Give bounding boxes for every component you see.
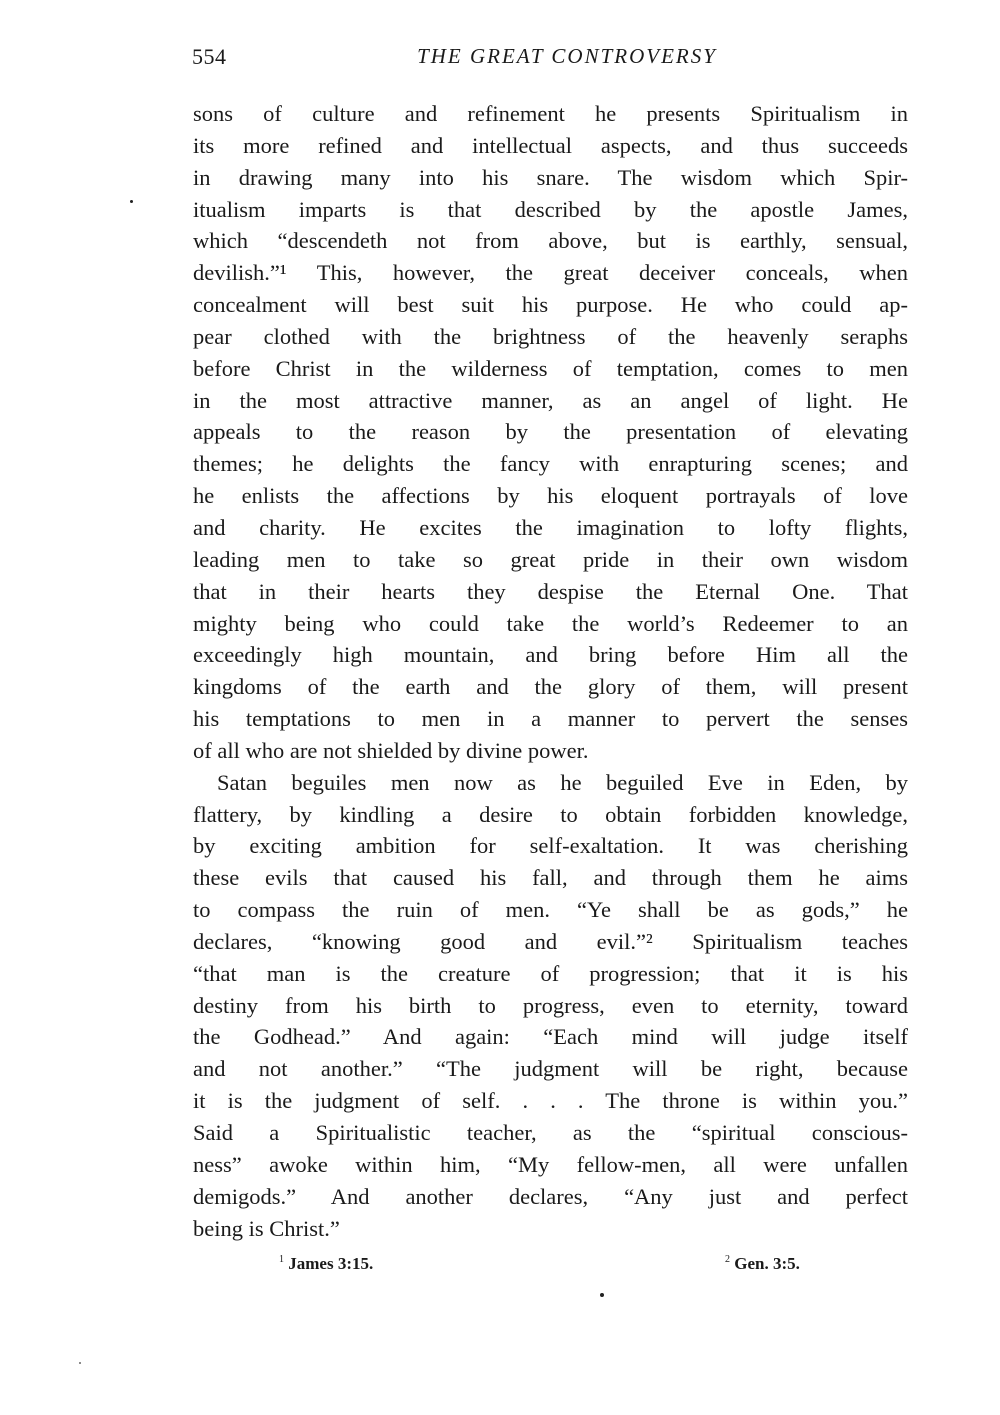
footnote-text: James 3:15. xyxy=(288,1254,373,1273)
text-line-paragraph-start: Satan beguiles men now as he beguiled Ev… xyxy=(193,767,908,799)
text-line: it is the judgment of self. . . . The th… xyxy=(193,1085,908,1117)
text-line: and charity. He excites the imagination … xyxy=(193,512,908,544)
text-line: declares, “knowing good and evil.”² Spir… xyxy=(193,926,908,958)
footnote-2: 2 Gen. 3:5. xyxy=(725,1254,800,1274)
text-line: before Christ in the wilderness of tempt… xyxy=(193,353,908,385)
text-line: and not another.” “The judgment will be … xyxy=(193,1053,908,1085)
footnotes: 1 James 3:15. 2 Gen. 3:5. xyxy=(193,1254,908,1280)
scan-speck xyxy=(600,1293,604,1297)
text-line: which “descendeth not from above, but is… xyxy=(193,225,908,257)
scan-speck xyxy=(130,200,133,203)
text-line: concealment will best suit his purpose. … xyxy=(193,289,908,321)
scan-speck xyxy=(79,1362,81,1364)
text-line: sons of culture and refinement he presen… xyxy=(193,98,908,130)
book-page: 554 THE GREAT CONTROVERSY sons of cultur… xyxy=(0,0,1000,1415)
text-line: in the most attractive manner, as an ang… xyxy=(193,385,908,417)
text-line-paragraph-end: of all who are not shielded by divine po… xyxy=(193,735,908,767)
text-line: themes; he delights the fancy with enrap… xyxy=(193,448,908,480)
text-line: devilish.”¹ This, however, the great dec… xyxy=(193,257,908,289)
running-title: THE GREAT CONTROVERSY xyxy=(192,44,908,69)
text-line: these evils that caused his fall, and th… xyxy=(193,862,908,894)
footnote-marker: 1 xyxy=(279,1254,284,1265)
footnote-marker: 2 xyxy=(725,1254,730,1265)
footnote-text: Gen. 3:5. xyxy=(734,1254,800,1273)
text-line: pear clothed with the brightness of the … xyxy=(193,321,908,353)
text-line: kingdoms of the earth and the glory of t… xyxy=(193,671,908,703)
text-line: flattery, by kindling a desire to obtain… xyxy=(193,799,908,831)
text-line: mighty being who could take the world’s … xyxy=(193,608,908,640)
text-line: his temptations to men in a manner to pe… xyxy=(193,703,908,735)
text-line: exceedingly high mountain, and bring bef… xyxy=(193,639,908,671)
text-line: ness” awoke within him, “My fellow-men, … xyxy=(193,1149,908,1181)
footnote-1: 1 James 3:15. xyxy=(279,1254,373,1274)
text-line: appeals to the reason by the presentatio… xyxy=(193,416,908,448)
text-line-paragraph-end: being is Christ.” xyxy=(193,1213,908,1245)
text-line: to compass the ruin of men. “Ye shall be… xyxy=(193,894,908,926)
text-line: leading men to take so great pride in th… xyxy=(193,544,908,576)
text-line: in drawing many into his snare. The wisd… xyxy=(193,162,908,194)
text-line: that in their hearts they despise the Et… xyxy=(193,576,908,608)
running-head: 554 THE GREAT CONTROVERSY xyxy=(192,44,908,74)
text-line: its more refined and intellectual aspect… xyxy=(193,130,908,162)
body-text: sons of culture and refinement he presen… xyxy=(193,98,908,1244)
text-line: “that man is the creature of progression… xyxy=(193,958,908,990)
text-line: itualism imparts is that described by th… xyxy=(193,194,908,226)
text-line: by exciting ambition for self-exaltation… xyxy=(193,830,908,862)
text-line: he enlists the affections by his eloquen… xyxy=(193,480,908,512)
text-line: demigods.” And another declares, “Any ju… xyxy=(193,1181,908,1213)
text-line: Said a Spiritualistic teacher, as the “s… xyxy=(193,1117,908,1149)
text-line: destiny from his birth to progress, even… xyxy=(193,990,908,1022)
text-line: the Godhead.” And again: “Each mind will… xyxy=(193,1021,908,1053)
